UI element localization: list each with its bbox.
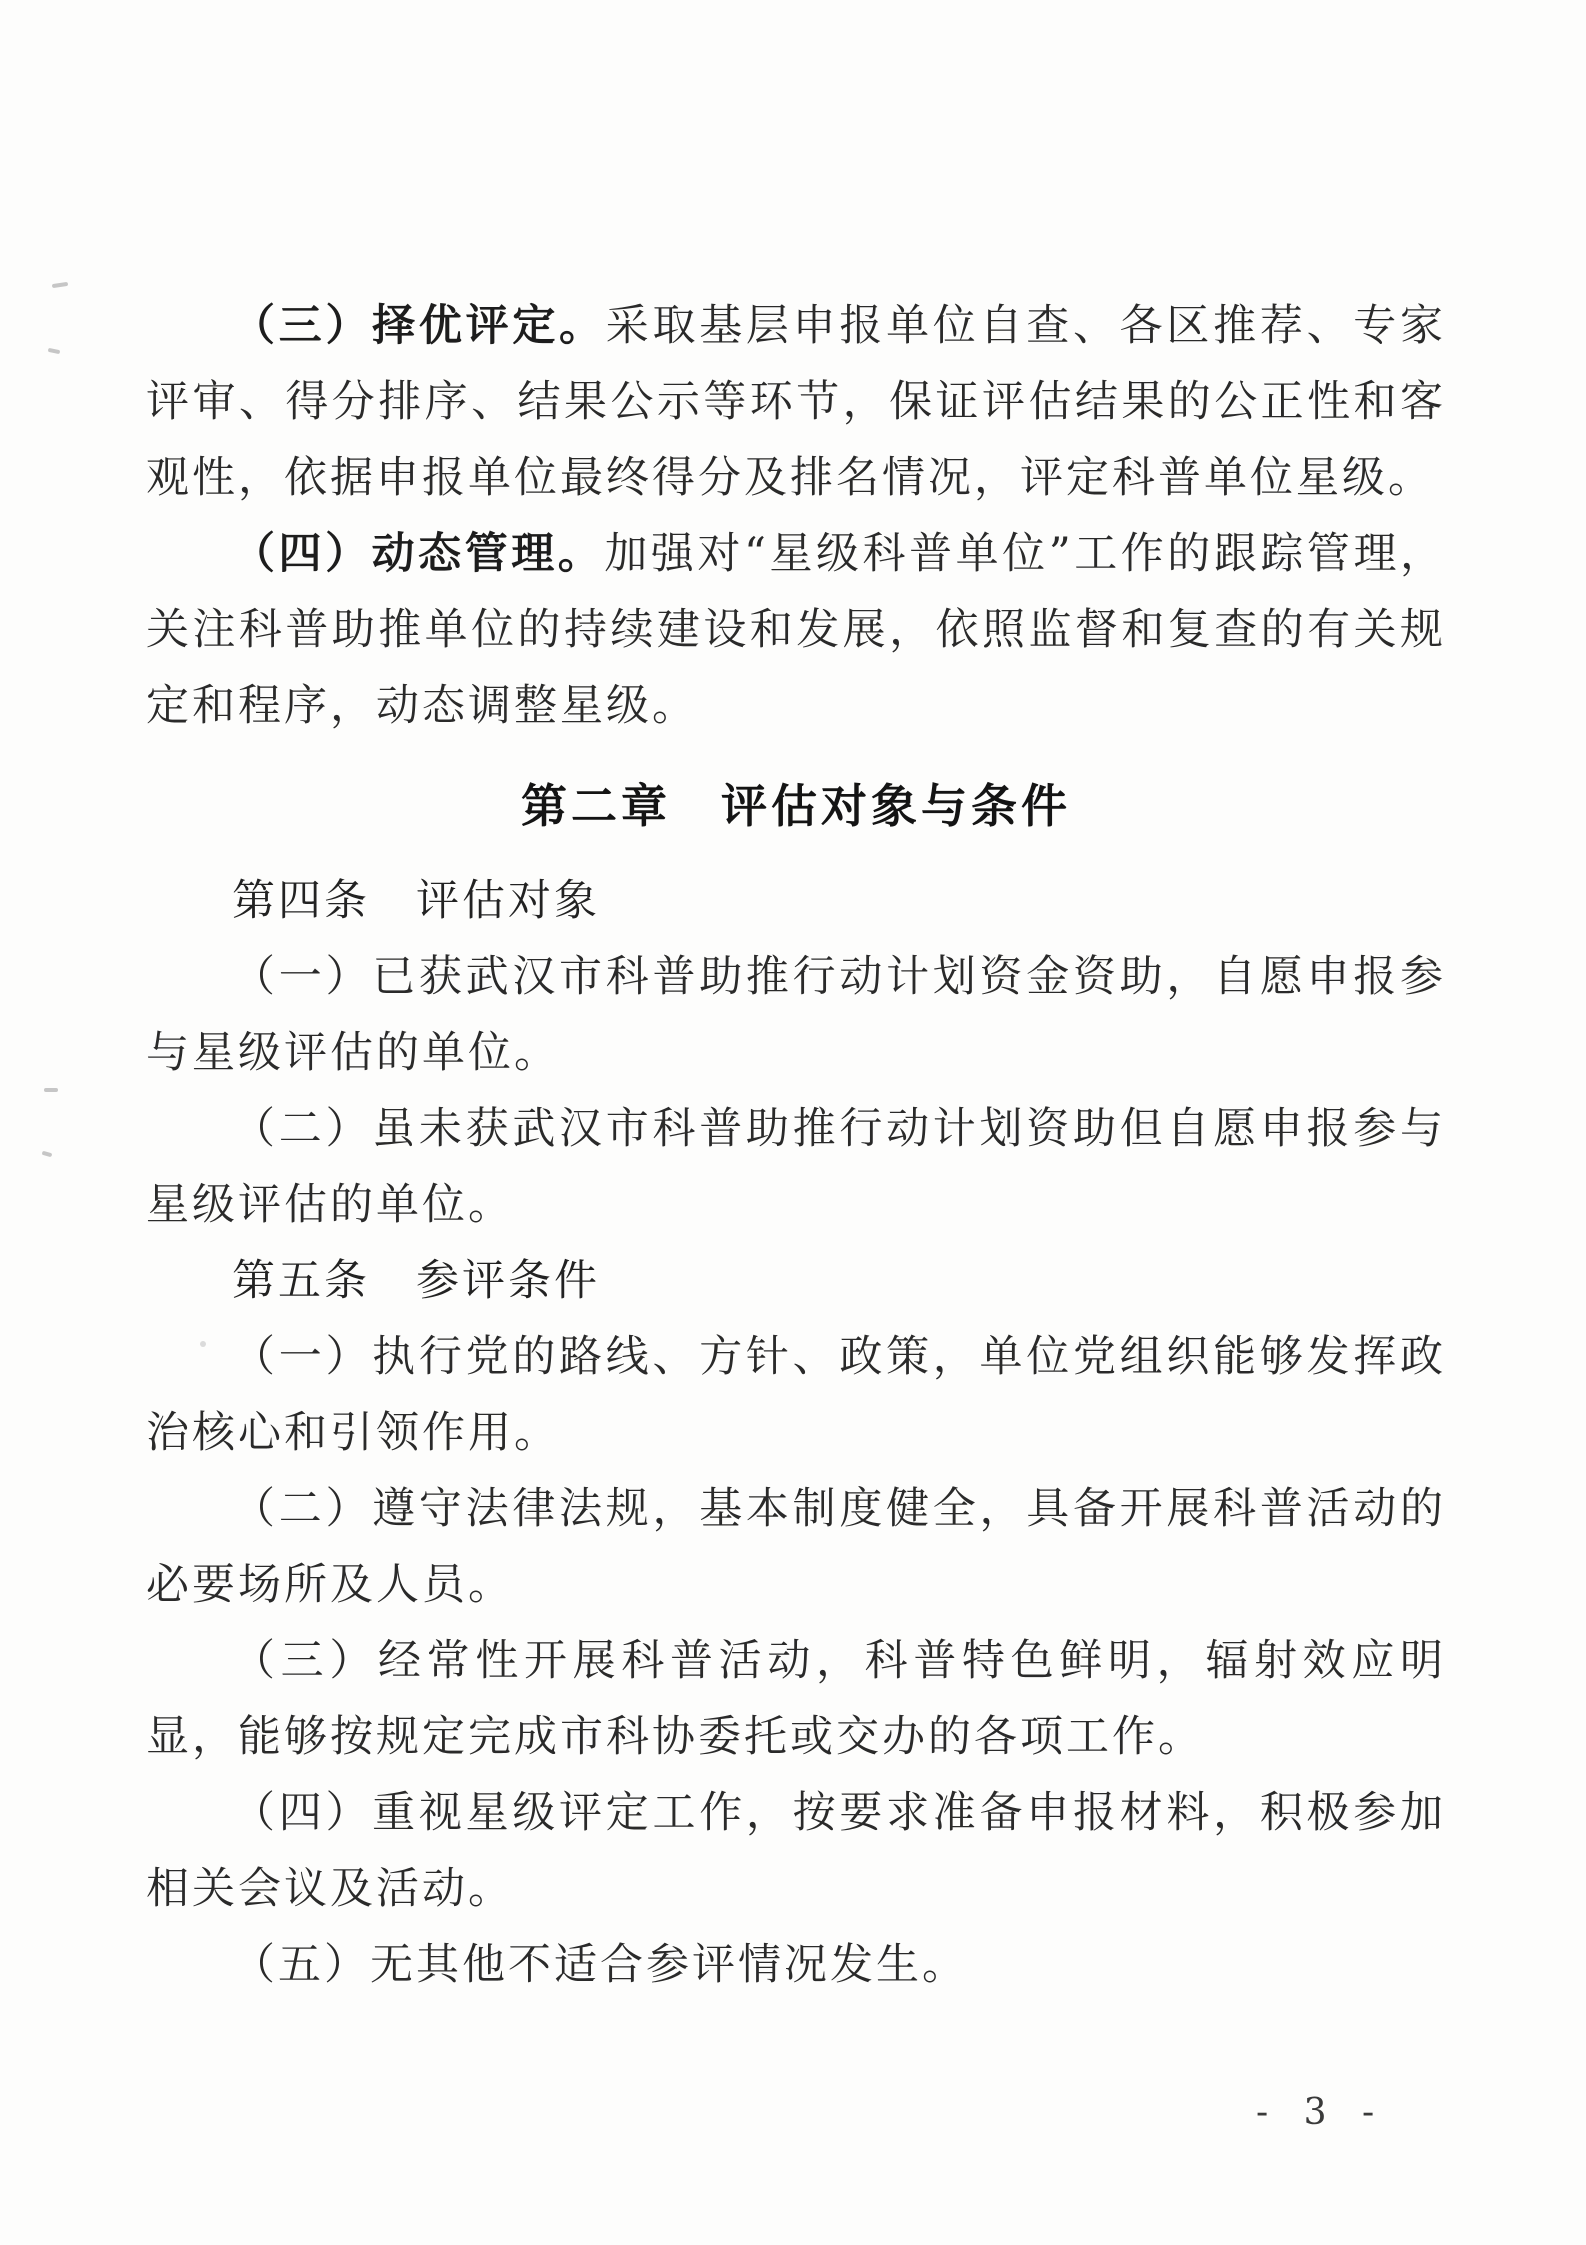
scan-artifact	[200, 1341, 206, 1347]
paragraph-lead: （三）择优评定。	[232, 301, 606, 351]
article-5-item-4: （四）重视星级评定工作，按要求准备申报材料，积极参加相关会议及活动。	[146, 1775, 1446, 1927]
article-4-item-2: （二）虽未获武汉市科普助推行动计划资助但自愿申报参与星级评估的单位。	[146, 1091, 1446, 1243]
article-5-title: 第五条 参评条件	[146, 1243, 1446, 1319]
scan-artifact	[48, 348, 61, 354]
article-4-title: 第四条 评估对象	[146, 863, 1446, 939]
article-5-item-5: （五）无其他不适合参评情况发生。	[146, 1927, 1446, 2003]
scan-artifact	[42, 1151, 53, 1157]
scan-artifact	[52, 282, 68, 288]
page-number: - 3 -	[1256, 2092, 1386, 2133]
article-5-item-1: （一）执行党的路线、方针、政策，单位党组织能够发挥政治核心和引领作用。	[146, 1319, 1446, 1471]
article-5-item-2: （二）遵守法律法规，基本制度健全，具备开展科普活动的必要场所及人员。	[146, 1471, 1446, 1623]
paragraph-item-3-merit-evaluation: （三）择优评定。采取基层申报单位自查、各区推荐、专家评审、得分排序、结果公示等环…	[146, 288, 1446, 516]
scan-artifact	[44, 1088, 58, 1092]
paragraph-lead: （四）动态管理。	[232, 529, 604, 579]
article-5-item-3: （三）经常性开展科普活动，科普特色鲜明，辐射效应明显，能够按规定完成市科协委托或…	[146, 1623, 1446, 1775]
paragraph-item-4-dynamic-management: （四）动态管理。加强对“星级科普单位”工作的跟踪管理，关注科普助推单位的持续建设…	[146, 516, 1446, 744]
chapter-2-heading: 第二章 评估对象与条件	[146, 768, 1446, 844]
article-4-item-1: （一）已获武汉市科普助推行动计划资金资助，自愿申报参与星级评估的单位。	[146, 939, 1446, 1091]
document-body: （三）择优评定。采取基层申报单位自查、各区推荐、专家评审、得分排序、结果公示等环…	[146, 288, 1446, 2003]
